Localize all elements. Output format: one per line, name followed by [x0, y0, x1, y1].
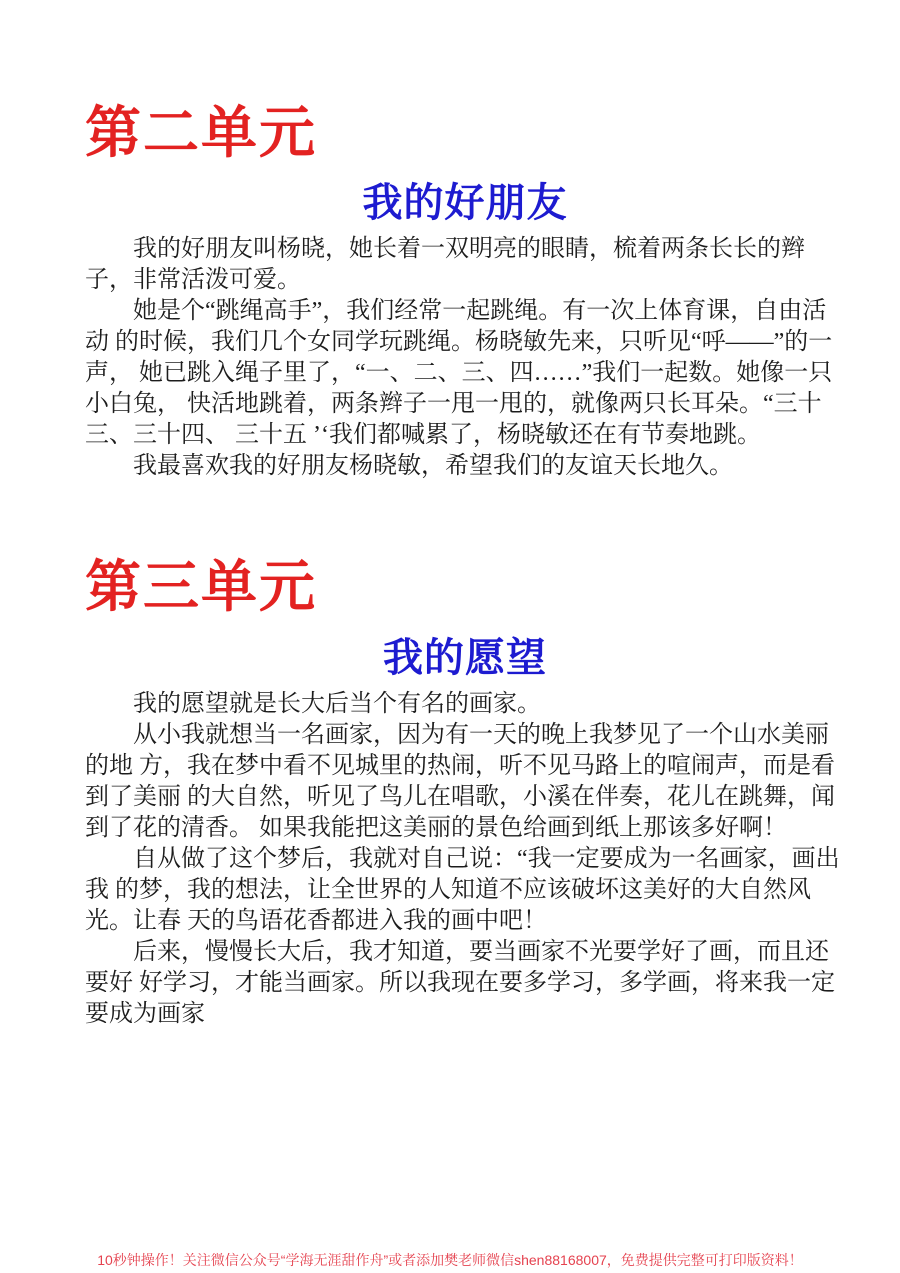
section-unit-3: 第三单元 我的愿望 我的愿望就是长大后当个有名的画家。 从小我就想当一名画家，因…: [85, 554, 845, 1029]
section-unit-2: 第二单元 我的好朋友 我的好朋友叫杨晓，她长着一双明亮的眼睛，梳着两条长长的辫子…: [85, 100, 845, 482]
essay-paragraph: 我的好朋友叫杨晓，她长着一双明亮的眼睛，梳着两条长长的辫子，非常活泼可爱。: [85, 234, 845, 296]
footer-promo-text: 10秒钟操作！关注微信公众号“学海无涯甜作舟”或者添加樊老师微信shen8816…: [0, 1252, 900, 1268]
essay-paragraph: 我最喜欢我的好朋友杨晓敏，希望我们的友谊天长地久。: [85, 451, 845, 482]
unit-2-title: 第二单元: [85, 100, 845, 168]
essay-title-my-good-friend: 我的好朋友: [85, 182, 845, 224]
unit-3-title: 第三单元: [85, 554, 845, 622]
essay-paragraph: 自从做了这个梦后，我就对自己说：“我一定要成为一名画家，画出我 的梦，我的想法，…: [85, 844, 845, 937]
essay-paragraph: 从小我就想当一名画家，因为有一天的晚上我梦见了一个山水美丽的地 方，我在梦中看不…: [85, 720, 845, 844]
essay-title-my-wish: 我的愿望: [85, 637, 845, 679]
essay-paragraph: 她是个“跳绳高手”，我们经常一起跳绳。有一次上体育课，自由活动 的时候，我们几个…: [85, 296, 845, 451]
document-page: 第二单元 我的好朋友 我的好朋友叫杨晓，她长着一双明亮的眼睛，梳着两条长长的辫子…: [0, 0, 900, 1273]
document-content: 第二单元 我的好朋友 我的好朋友叫杨晓，她长着一双明亮的眼睛，梳着两条长长的辫子…: [0, 100, 900, 1030]
essay-paragraph: 我的愿望就是长大后当个有名的画家。: [85, 689, 845, 720]
essay-paragraph: 后来，慢慢长大后，我才知道，要当画家不光要学好了画，而且还要好 好学习，才能当画…: [85, 937, 845, 1030]
